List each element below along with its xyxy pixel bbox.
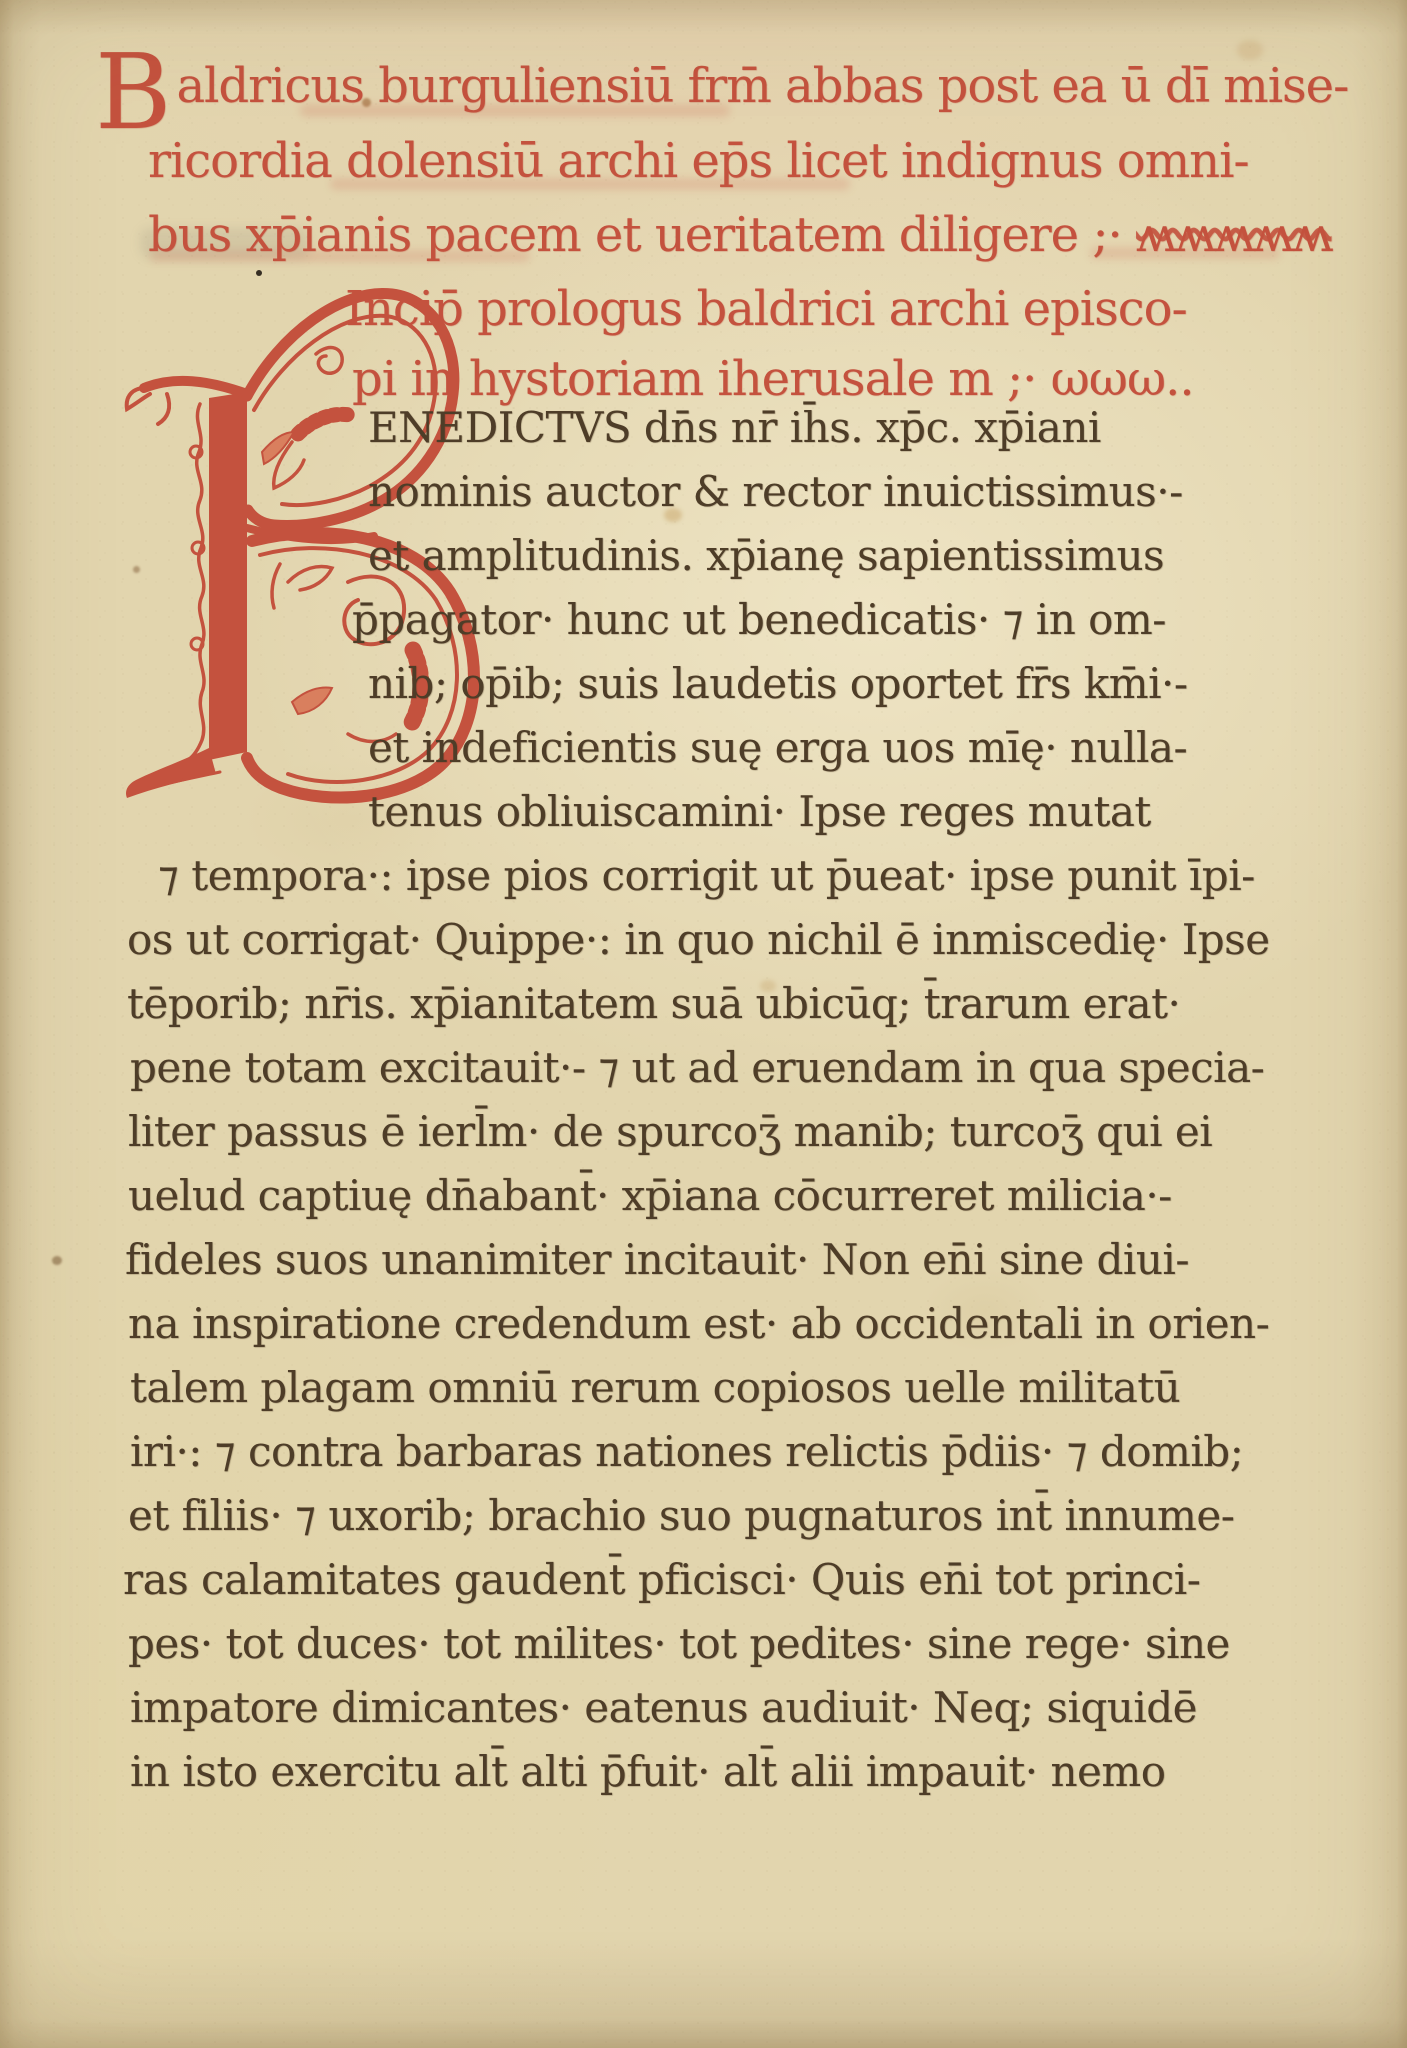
rubric-line-1: Baldricus burguliensiū frm̄ abbas post e…: [95, 58, 1348, 122]
body-line: p̄pagator· hunc ut benedicatis· ⁊ in om-: [352, 595, 1166, 644]
body-line: uelud captiuę dn̄abant̄· xp̄iana cōcurre…: [128, 1171, 1172, 1220]
stain: [52, 1256, 62, 1265]
body-line: os ut corrigat· Quippe·: in quo nichil ē…: [127, 915, 1270, 964]
body-line: na inspiratione credendum est· ab occide…: [128, 1299, 1269, 1348]
body-line: fideles suos unanimiter incitauit· Non e…: [125, 1235, 1189, 1284]
body-line: ⁊ tempora·: ipse pios corrigit ut p̄ueat…: [158, 851, 1255, 900]
body-line: et indeficientis suę erga uos mīę· nulla…: [368, 723, 1187, 772]
rubric-line-1-text: aldricus burguliensiū frm̄ abbas post ea…: [176, 58, 1348, 114]
body-line: tenus obliuiscamini· Ipse reges mutat: [368, 787, 1151, 836]
body-line: et filiis· ⁊ uxorib; brachio suo pugnatu…: [128, 1491, 1234, 1540]
rubric-line-2: ricordia dolensiū archi ep̄s licet indig…: [148, 133, 1249, 189]
stain: [1237, 40, 1263, 60]
rubric-line-3-text: bus xp̄ianis pacem et ueritatem diligere…: [148, 207, 1122, 263]
rubric-line-3: bus xp̄ianis pacem et ueritatem diligere…: [148, 207, 1331, 263]
manuscript-page: Baldricus burguliensiū frm̄ abbas post e…: [0, 0, 1407, 2048]
body-line: iri·: ⁊ contra barbaras nationes relicti…: [130, 1427, 1243, 1476]
speck: [256, 270, 262, 276]
body-line: liter passus ē ierl̄m· de spurcoʒ̄ manib…: [128, 1107, 1212, 1156]
body-line: ENEDICTVS dn̄s nr̄ ih̄s. xp̄c. xp̄iani: [368, 403, 1101, 452]
body-line: pene totam excitauit·- ⁊ ut ad eruendam …: [130, 1043, 1264, 1092]
body-line: nominis auctor & rector inuictissimus·-: [368, 467, 1183, 516]
line-filler: ʍʍʍʍʍ: [1136, 207, 1331, 263]
body-line: nib; op̄ib; suis laudetis oportet fr̄s k…: [368, 659, 1188, 708]
body-line: talem plagam omniū rerum copiosos uelle …: [130, 1363, 1180, 1412]
body-line: in isto exercitu alt̄ alti p̄fuit· alt̄ …: [130, 1747, 1166, 1796]
body-line: tēporib; nr̄is. xp̄ianitatem suā ubicūq;…: [127, 979, 1180, 1028]
body-line: et amplitudinis. xp̄ianę sapientissimus: [368, 531, 1164, 580]
body-line: pes· tot duces· tot milites· tot pedites…: [128, 1619, 1230, 1668]
body-line: ras calamitates gaudent̄ pficisci· Quis …: [123, 1555, 1200, 1604]
body-line: impatore dimicantes· eatenus audiuit· Ne…: [130, 1683, 1197, 1732]
